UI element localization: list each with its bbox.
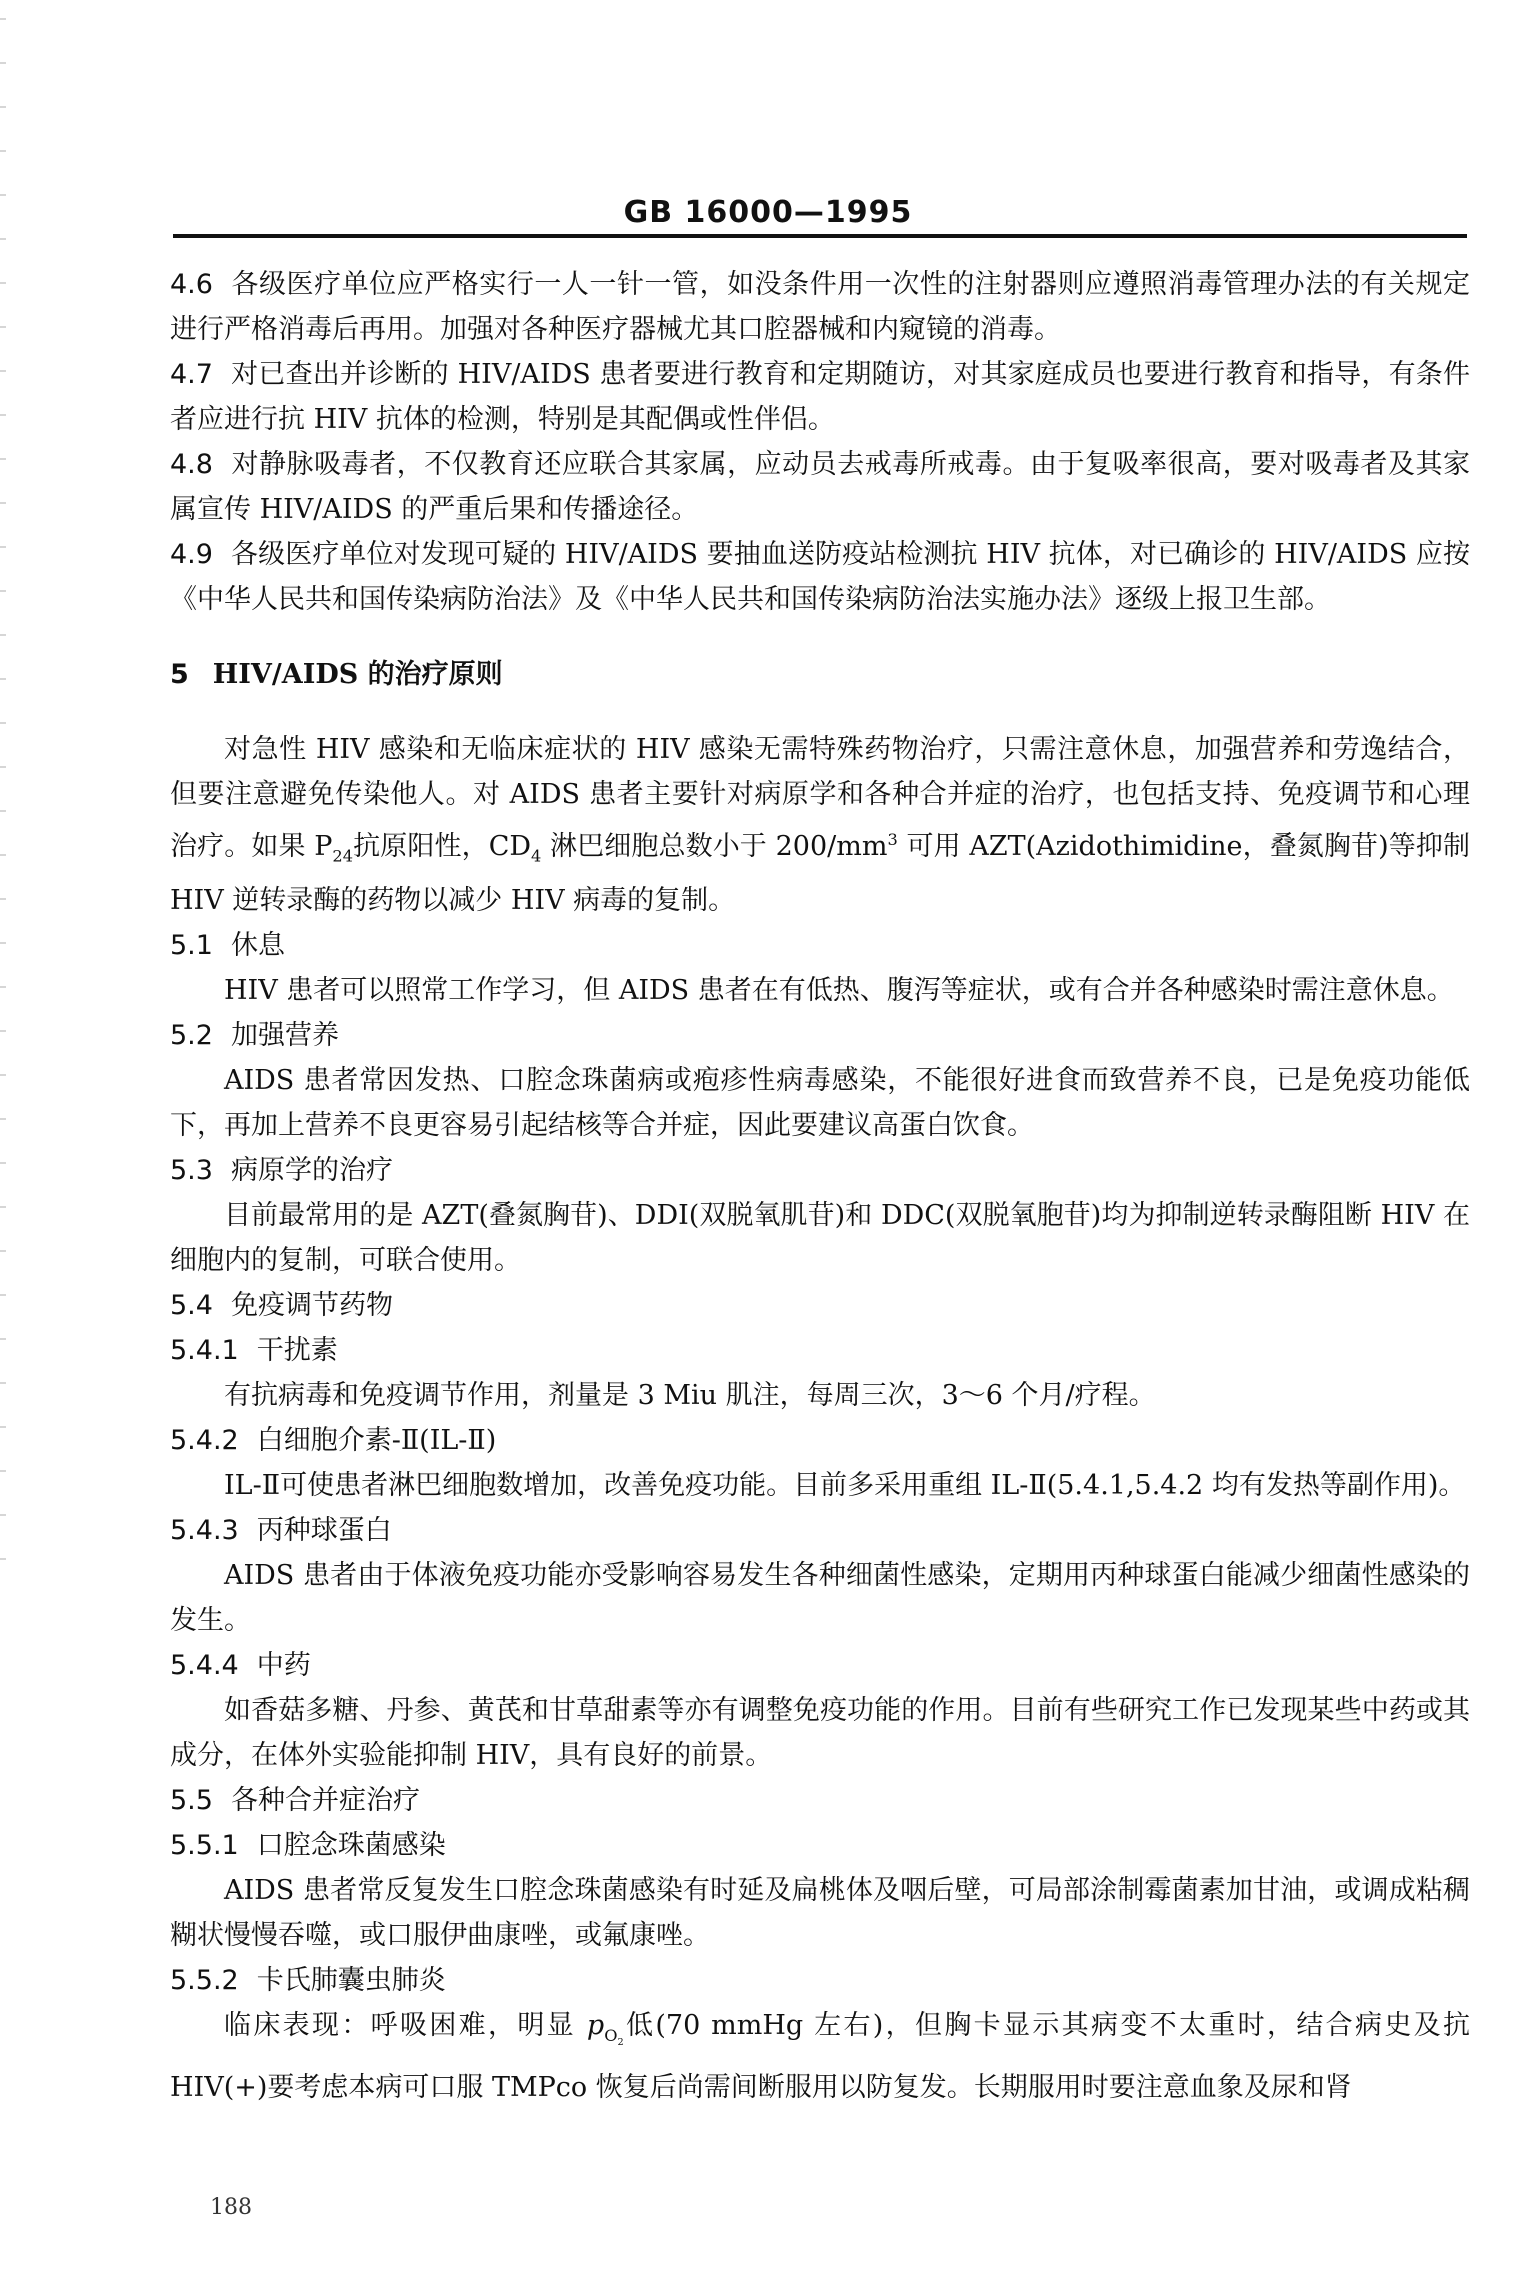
subscript-o: O <box>604 2026 617 2045</box>
clause-4-9: 4.9各级医疗单位对发现可疑的 HIV/AIDS 要抽血送防疫站检测抗 HIV … <box>170 532 1470 622</box>
clause-5-2-heading: 5.2加强营养 <box>170 1013 1470 1058</box>
section-5-intro: 对急性 HIV 感染和无临床症状的 HIV 感染无需特殊药物治疗，只需注意休息，… <box>170 727 1470 923</box>
page-number: 188 <box>210 2195 252 2220</box>
clause-title: 中药 <box>257 1650 311 1681</box>
superscript: 3 <box>887 830 897 849</box>
clause-5-4-4-heading: 5.4.4中药 <box>170 1643 1470 1688</box>
clause-5-4-1-text: 有抗病毒和免疫调节作用，剂量是 3 Miu 肌注，每周三次，3～6 个月/疗程。 <box>170 1373 1470 1418</box>
clause-number: 5.2 <box>170 1020 213 1051</box>
clause-number: 4.9 <box>170 539 213 570</box>
clause-5-5-1-text: AIDS 患者常反复发生口腔念珠菌感染有时延及扁桃体及咽后壁，可局部涂制霉菌素加… <box>170 1868 1470 1958</box>
clause-text: 对静脉吸毒者，不仅教育还应联合其家属，应动员去戒毒所戒毒。由于复吸率很高，要对吸… <box>170 449 1470 525</box>
intro-text: 抗原阳性，CD <box>353 831 531 862</box>
clause-number: 5.4.1 <box>170 1335 239 1366</box>
clause-title: 病原学的治疗 <box>231 1155 393 1186</box>
clause-number: 4.6 <box>170 269 213 300</box>
clause-number: 5.4.2 <box>170 1425 239 1456</box>
section-number: 5 <box>170 659 189 690</box>
clause-title: 口腔念珠菌感染 <box>257 1830 446 1861</box>
scan-edge-artifact <box>0 0 6 1600</box>
clause-5-4-3-heading: 5.4.3丙种球蛋白 <box>170 1508 1470 1553</box>
clause-5-3-text: 目前最常用的是 AZT(叠氮胸苷)、DDI(双脱氧肌苷)和 DDC(双脱氧胞苷)… <box>170 1193 1470 1283</box>
intro-text: 淋巴细胞总数小于 200/mm <box>541 831 887 862</box>
clause-number: 5.5.2 <box>170 1965 239 1996</box>
clause-5-4-2-heading: 5.4.2白细胞介素-Ⅱ(IL-Ⅱ) <box>170 1418 1470 1463</box>
clause-text: 临床表现：呼吸困难，明显 <box>224 2010 587 2041</box>
clause-title: 加强营养 <box>231 1020 339 1051</box>
clause-text: 各级医疗单位对发现可疑的 HIV/AIDS 要抽血送防疫站检测抗 HIV 抗体，… <box>170 539 1470 615</box>
clause-number: 5.5.1 <box>170 1830 239 1861</box>
clause-text: 各级医疗单位应严格实行一人一针一管，如没条件用一次性的注射器则应遵照消毒管理办法… <box>170 269 1470 345</box>
clause-5-3-heading: 5.3病原学的治疗 <box>170 1148 1470 1193</box>
clause-title: 干扰素 <box>257 1335 338 1366</box>
subscript: 4 <box>531 846 541 865</box>
clause-5-5-2-heading: 5.5.2卡氏肺囊虫肺炎 <box>170 1958 1470 2003</box>
document-body: 4.6各级医疗单位应严格实行一人一针一管，如没条件用一次性的注射器则应遵照消毒管… <box>170 262 1470 2110</box>
clause-5-1-heading: 5.1休息 <box>170 923 1470 968</box>
subscript: 24 <box>332 846 353 865</box>
clause-number: 5.4.3 <box>170 1515 239 1546</box>
clause-5-5-2-text: 临床表现：呼吸困难，明显 pO2低(70 mmHg 左右)，但胸卡显示其病变不太… <box>170 2003 1470 2110</box>
clause-number: 5.4 <box>170 1290 213 1321</box>
standard-code-header: GB 16000—1995 <box>0 195 1536 230</box>
clause-title: 各种合并症治疗 <box>231 1785 420 1816</box>
clause-4-7: 4.7对已查出并诊断的 HIV/AIDS 患者要进行教育和定期随访，对其家庭成员… <box>170 352 1470 442</box>
document-page: GB 16000—1995 4.6各级医疗单位应严格实行一人一针一管，如没条件用… <box>0 0 1536 2285</box>
clause-number: 5.5 <box>170 1785 213 1816</box>
clause-title: 休息 <box>231 930 285 961</box>
header-rule <box>173 234 1467 238</box>
clause-number: 5.4.4 <box>170 1650 239 1681</box>
clause-number: 4.8 <box>170 449 213 480</box>
clause-5-4-1-heading: 5.4.1干扰素 <box>170 1328 1470 1373</box>
clause-5-1-text: HIV 患者可以照常工作学习，但 AIDS 患者在有低热、腹泻等症状，或有合并各… <box>170 968 1470 1013</box>
clause-text: 对已查出并诊断的 HIV/AIDS 患者要进行教育和定期随访，对其家庭成员也要进… <box>170 359 1470 435</box>
clause-title: 免疫调节药物 <box>231 1290 393 1321</box>
clause-number: 5.1 <box>170 930 213 961</box>
clause-number: 5.3 <box>170 1155 213 1186</box>
clause-number: 4.7 <box>170 359 213 390</box>
clause-5-5-1-heading: 5.5.1口腔念珠菌感染 <box>170 1823 1470 1868</box>
subscript: O2 <box>604 2026 623 2045</box>
clause-5-2-text: AIDS 患者常因发热、口腔念珠菌病或疱疹性病毒感染，不能很好进食而致营养不良，… <box>170 1058 1470 1148</box>
clause-4-6: 4.6各级医疗单位应严格实行一人一针一管，如没条件用一次性的注射器则应遵照消毒管… <box>170 262 1470 352</box>
clause-title: 卡氏肺囊虫肺炎 <box>257 1965 446 1996</box>
clause-5-4-3-text: AIDS 患者由于体液免疫功能亦受影响容易发生各种细菌性感染，定期用丙种球蛋白能… <box>170 1553 1470 1643</box>
clause-title: 丙种球蛋白 <box>257 1515 392 1546</box>
symbol-p: p <box>587 2010 604 2041</box>
clause-5-4-4-text: 如香菇多糖、丹参、黄芪和甘草甜素等亦有调整免疫功能的作用。目前有些研究工作已发现… <box>170 1688 1470 1778</box>
section-title: HIV/AIDS 的治疗原则 <box>213 659 503 690</box>
section-5-heading: 5HIV/AIDS 的治疗原则 <box>170 652 1470 697</box>
clause-4-8: 4.8对静脉吸毒者，不仅教育还应联合其家属，应动员去戒毒所戒毒。由于复吸率很高，… <box>170 442 1470 532</box>
clause-title: 白细胞介素-Ⅱ(IL-Ⅱ) <box>257 1425 497 1456</box>
clause-5-4-2-text: IL-Ⅱ可使患者淋巴细胞数增加，改善免疫功能。目前多采用重组 IL-Ⅱ(5.4.… <box>170 1463 1470 1508</box>
clause-5-4-heading: 5.4免疫调节药物 <box>170 1283 1470 1328</box>
clause-5-5-heading: 5.5各种合并症治疗 <box>170 1778 1470 1823</box>
